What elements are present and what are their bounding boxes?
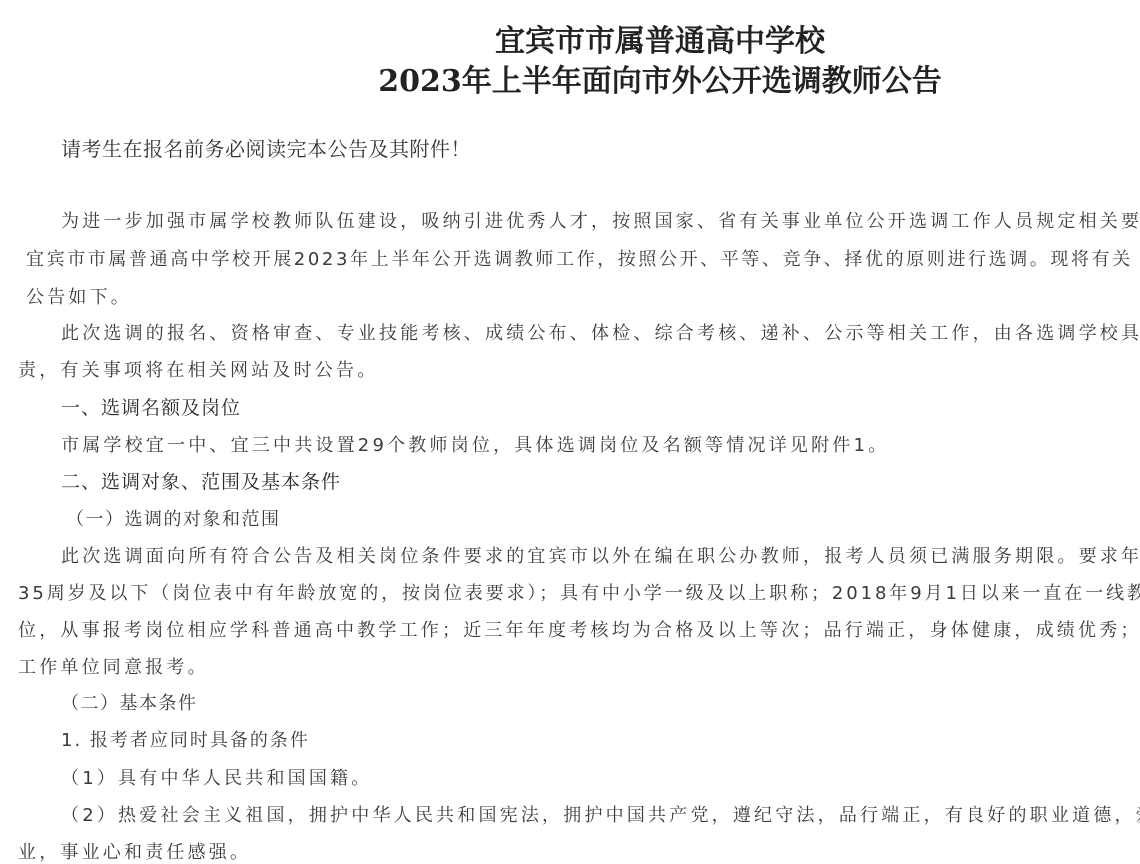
- section-2-heading: 二、选调对象、范围及基本条件: [61, 467, 341, 494]
- intro-paragraph-line-1: 为进一步加强市属学校教师队伍建设，吸纳引进优秀人才，按照国家、省有关事业单位公开…: [61, 207, 1140, 233]
- intro-paragraph-line-3: 公告如下。: [26, 283, 132, 309]
- condition-1-1: （1）具有中华人民共和国国籍。: [61, 764, 372, 790]
- process-paragraph-line-1: 此次选调的报名、资格审查、专业技能考核、成绩公布、体检、综合考核、递补、公示等相…: [61, 319, 1140, 345]
- condition-1-heading: 1. 报考者应同时具备的条件: [61, 726, 310, 752]
- subsection-1-line-2: 35周岁及以下（岗位表中有年龄放宽的，按岗位表要求）；具有中小学一级及以上职称；…: [18, 579, 1140, 605]
- subsection-1-line-4: 工作单位同意报考。: [18, 653, 209, 679]
- condition-1-2-line-2: 业，事业心和责任感强。: [18, 838, 251, 864]
- subsection-1-line-1: 此次选调面向所有符合公告及相关岗位条件要求的宜宾市以外在编在职公办教师，报考人员…: [61, 542, 1140, 568]
- process-paragraph-line-2: 责，有关事项将在相关网站及时公告。: [18, 356, 378, 382]
- subsection-2-heading: （二）基本条件: [61, 689, 198, 715]
- section-1-heading: 一、选调名额及岗位: [61, 393, 241, 420]
- intro-paragraph-line-2: 宜宾市市属普通高中学校开展2023年上半年公开选调教师工作，按照公开、平等、竞争…: [26, 245, 1133, 271]
- document-title-line-1: 宜宾市市属普通高中学校: [0, 16, 1140, 60]
- subsection-1-heading: （一）选调的对象和范围: [66, 505, 281, 531]
- section-1-body: 市属学校宜一中、宜三中共设置29个教师岗位，具体选调岗位及名额等情况详见附件1。: [61, 431, 889, 457]
- document-title-line-2: 2023年上半年面向市外公开选调教师公告: [0, 56, 1140, 100]
- reading-notice: 请考生在报名前务必阅读完本公告及其附件！: [61, 133, 471, 162]
- subsection-1-line-3: 位，从事报考岗位相应学科普通高中教学工作；近三年年度考核均为合格及以上等次；品行…: [18, 616, 1140, 642]
- condition-1-2-line-1: （2）热爱社会主义祖国，拥护中华人民共和国宪法，拥护中国共产党，遵纪守法，品行端…: [61, 801, 1140, 827]
